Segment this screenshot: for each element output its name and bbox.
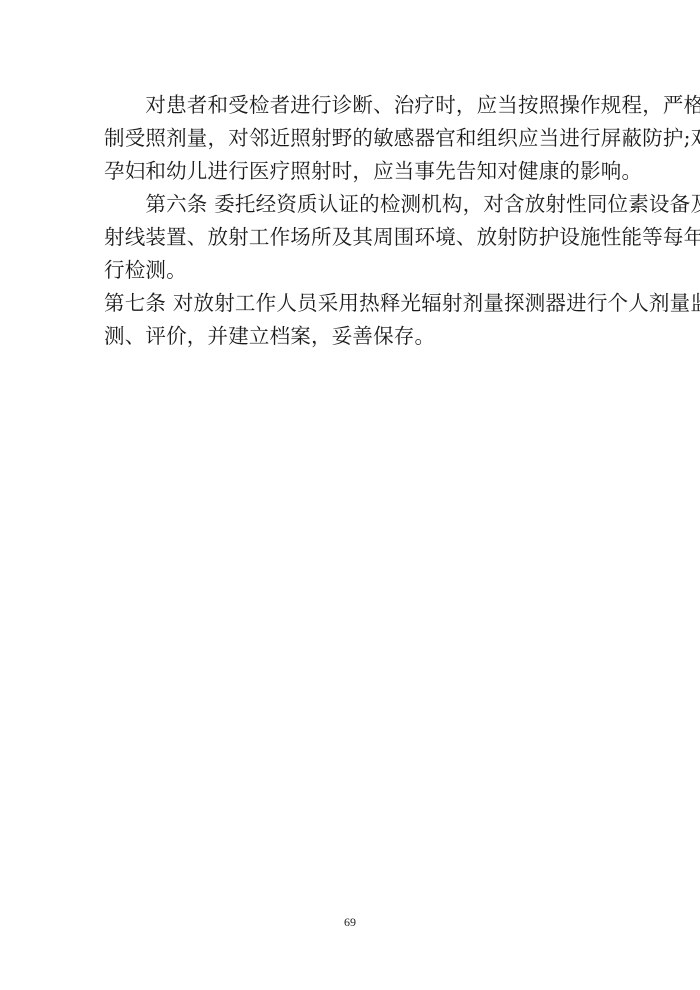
- paragraph-line-2: 制受照剂量，对邻近照射野的敏感器官和组织应当进行屏蔽防护;对: [104, 126, 604, 150]
- article-6-line-3: 行检测。: [104, 258, 604, 282]
- document-page: 对患者和受检者进行诊断、治疗时，应当按照操作规程，严格控 制受照剂量，对邻近照射…: [0, 0, 700, 990]
- article-6-line-1: 第六条 委托经资质认证的检测机构，对含放射性同位素设备及: [104, 192, 604, 216]
- article-7-line-2: 测、评价，并建立档案，妥善保存。: [104, 324, 604, 348]
- article-7-line-1: 第七条 对放射工作人员采用热释光辐射剂量探测器进行个人剂量监: [104, 291, 604, 315]
- page-number: 69: [0, 915, 700, 930]
- paragraph-line-1: 对患者和受检者进行诊断、治疗时，应当按照操作规程，严格控: [104, 93, 604, 117]
- paragraph-line-3: 孕妇和幼儿进行医疗照射时，应当事先告知对健康的影响。: [104, 159, 604, 183]
- article-6-line-2: 射线装置、放射工作场所及其周围环境、放射防护设施性能等每年进: [104, 225, 604, 249]
